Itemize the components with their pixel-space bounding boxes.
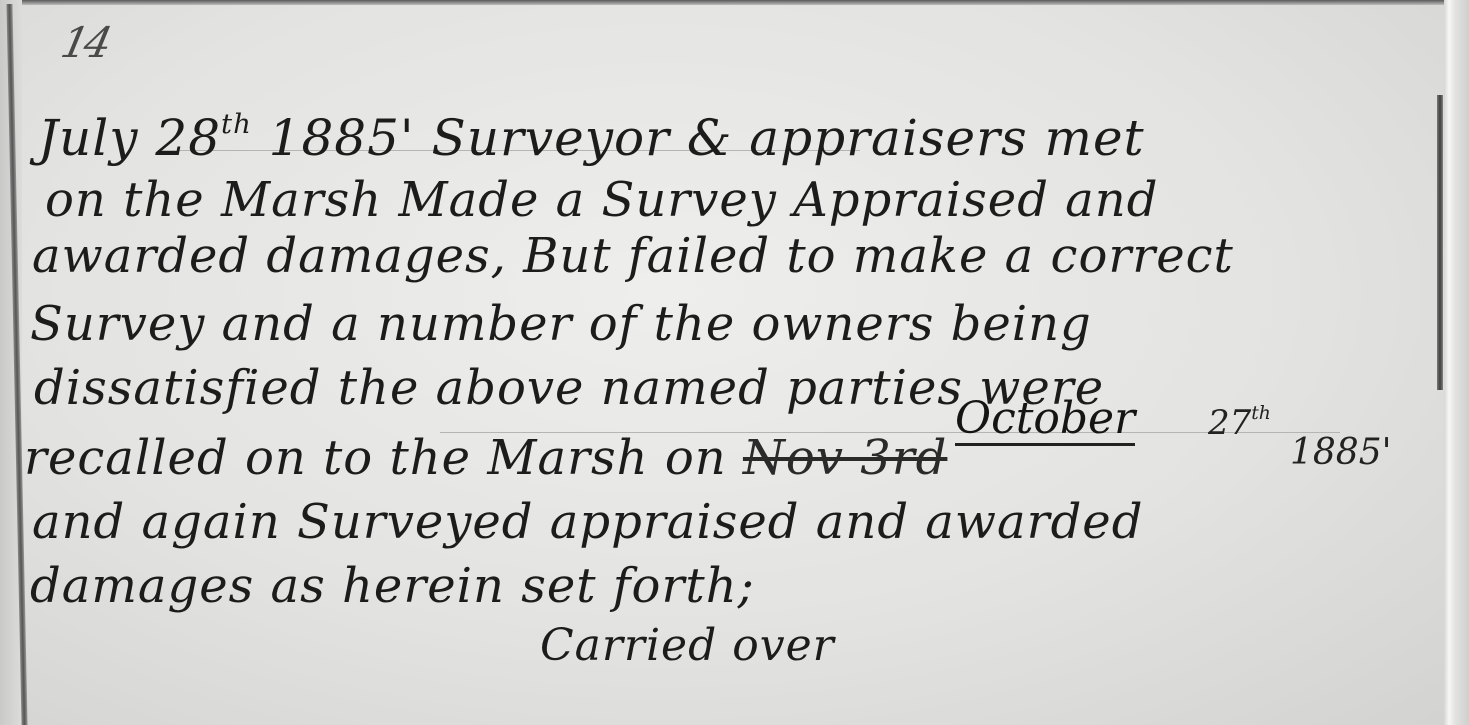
text-line-4: Survey and a number of the owners being [30,296,1092,352]
text-line-7: and again Surveyed appraised and awarded [32,494,1143,550]
page-top-edge [0,0,1469,5]
text-line-8: damages as herein set forth; [30,558,755,614]
text-line-5: dissatisfied the above named parties wer… [34,360,1104,416]
inserted-correction-month: October [955,395,1135,446]
text-line-6: recalled on to the Marsh on Nov 3rd [24,430,947,486]
ledger-page: 14 July 28th 1885' Surveyor & appraisers… [0,0,1469,725]
page-number: 14 [57,18,113,67]
right-gutter [1444,0,1469,725]
right-margin-rule [1437,95,1443,390]
carried-over-note: Carried over [540,620,835,671]
text-line-2: on the Marsh Made a Survey Appraised and [45,172,1158,228]
year-text: 1885' [1290,432,1392,473]
text-line-3: awarded damages, But failed to make a co… [32,228,1234,284]
inserted-correction-day: 27th [1208,403,1271,443]
text-line-1: July 28th 1885' Surveyor & appraisers me… [38,108,1145,167]
struck-date: Nov 3rd [743,430,947,486]
